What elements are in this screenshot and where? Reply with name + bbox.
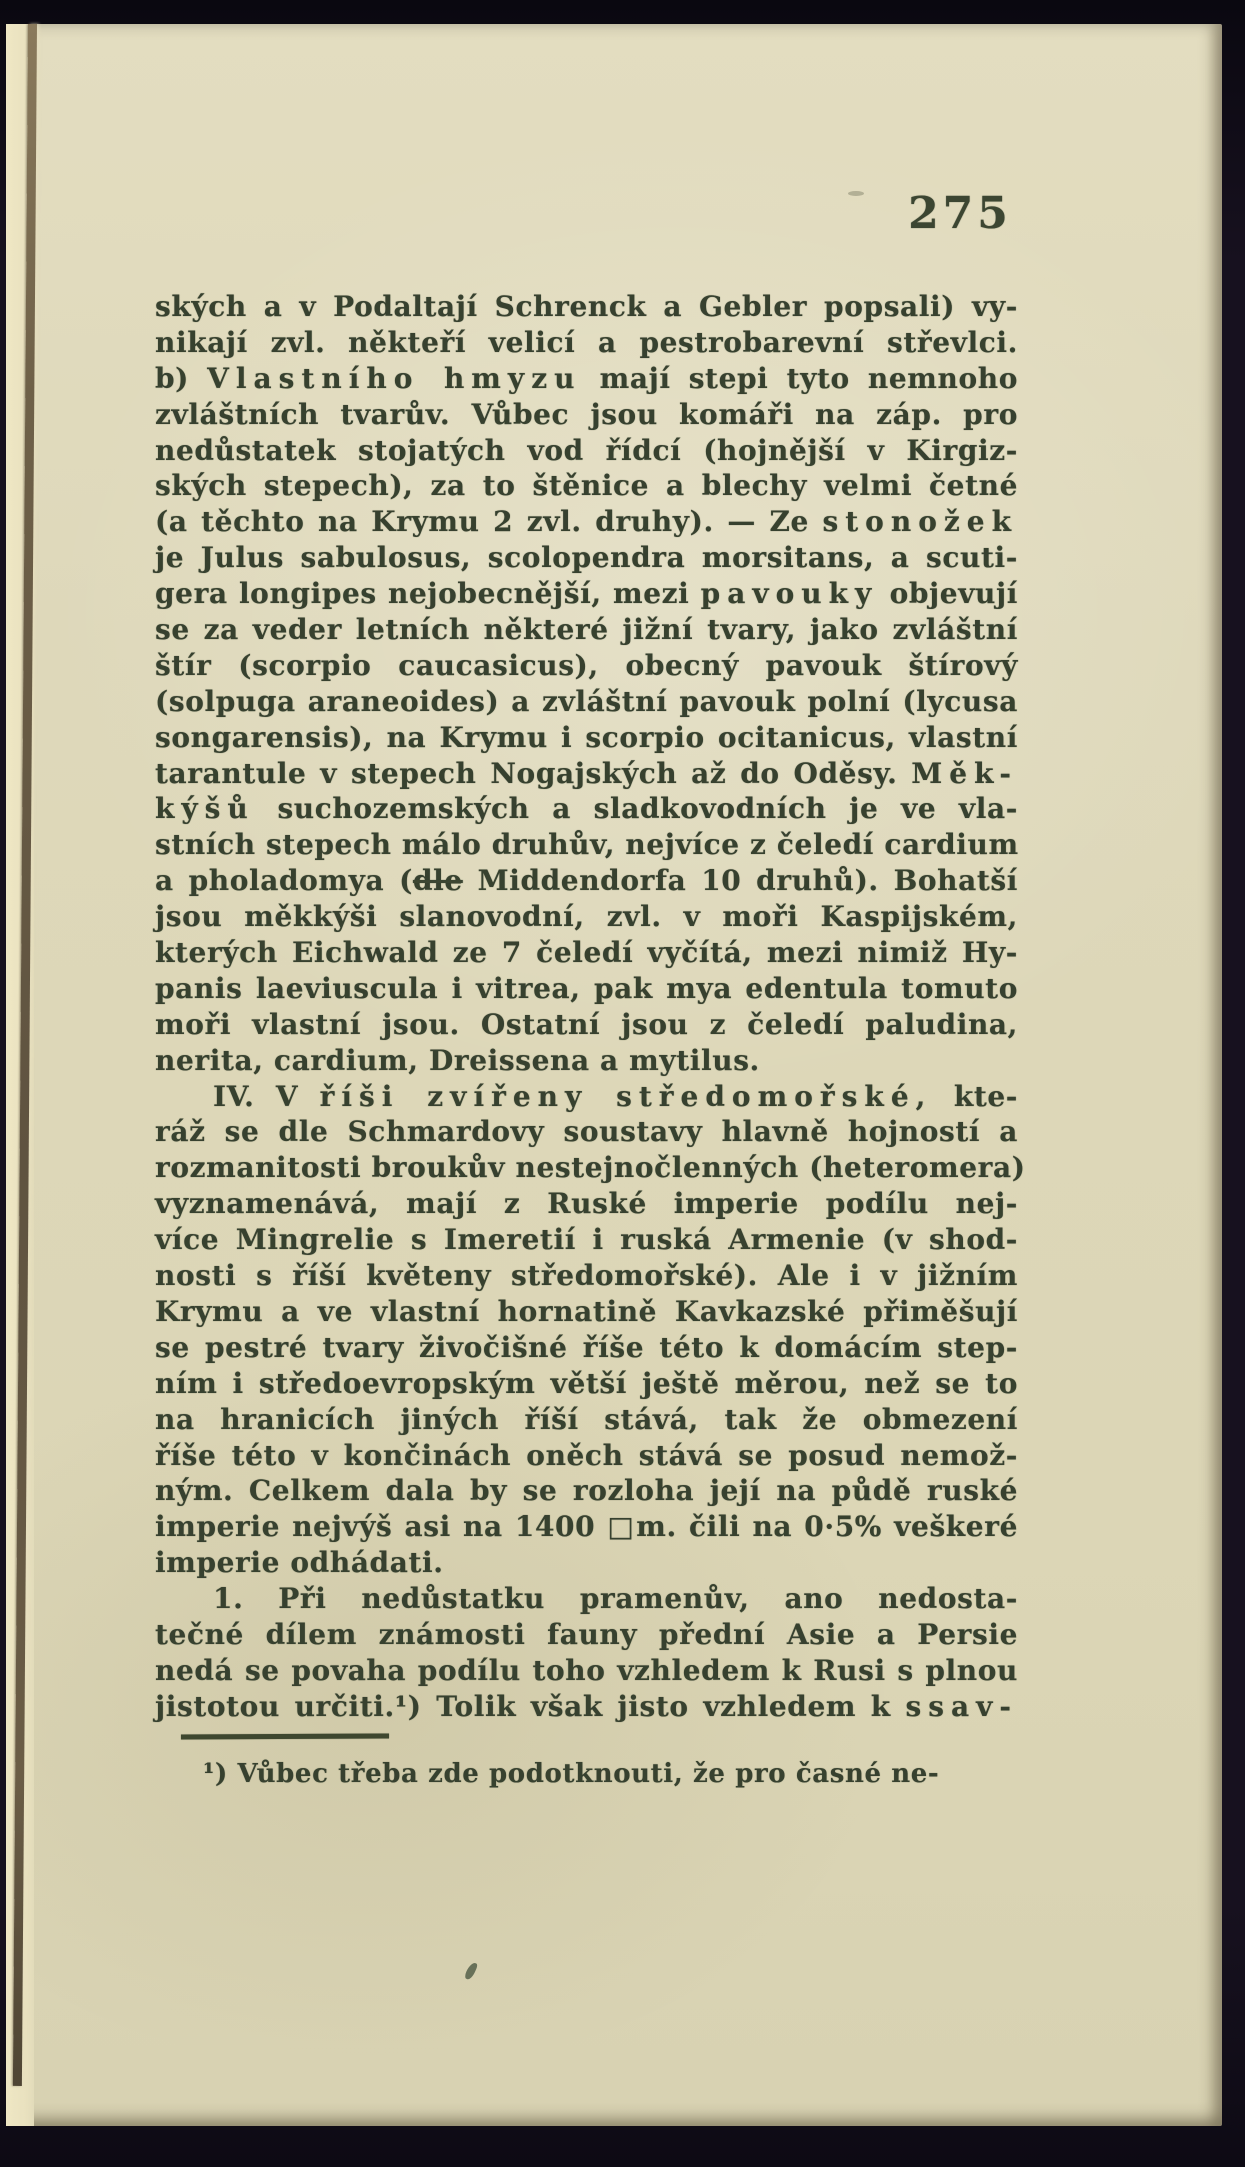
text-segment: panis laeviuscula i vitrea, pak mya eden… <box>155 972 1018 1005</box>
struck-text: dle <box>413 864 463 897</box>
text-line: imperie nejvýš asi na 1400 □m. čili na 0… <box>155 1509 1018 1545</box>
text-line: štír (scorpio caucasicus), obecný pavouk… <box>155 648 1018 684</box>
text-line: stních stepech málo druhův, nejvíce z če… <box>155 827 1018 863</box>
text-segment: mají stepi tyto nemnoho <box>581 362 1018 395</box>
text-segment: ¹) Vůbec třeba zde podotknouti, že pro č… <box>203 1759 939 1789</box>
text-segment: nerita, cardium, Dreissena a mytilus. <box>155 1044 760 1077</box>
text-line: moři vlastní jsou. Ostatní jsou z čeledí… <box>155 1007 1018 1043</box>
text-segment: b) <box>155 362 207 395</box>
text-segment: ských a v Podaltají Schrenck a Gebler po… <box>155 290 1018 323</box>
text-segment: imperie odhádati. <box>155 1546 444 1579</box>
body-text: ských a v Podaltají Schrenck a Gebler po… <box>155 289 1018 1725</box>
text-line: nosti s říší květeny středomořské). Ale … <box>155 1258 1018 1294</box>
text-line: nerita, cardium, Dreissena a mytilus. <box>155 1043 1018 1079</box>
text-segment: se pestré tvary živočišné říše této k do… <box>155 1331 1018 1364</box>
letterspaced-text: stonožek <box>822 505 1018 538</box>
text-segment: nedůstatek stojatých vod řídcí (hojnější… <box>155 434 1018 467</box>
text-line: imperie odhádati. <box>155 1545 1018 1581</box>
letterspaced-text: kýšů <box>155 792 255 825</box>
letterspaced-text: Měk- <box>911 757 1018 790</box>
text-segment: říše této v končinách oněch stává se pos… <box>155 1439 1018 1472</box>
text-segment: Krymu a ve vlastní hornatině Kavkazské p… <box>155 1295 1018 1328</box>
text-segment: suchozemských a sladkovodních je ve vla- <box>255 792 1018 825</box>
text-line: ských stepech), za to štěnice a blechy v… <box>155 468 1018 504</box>
text-segment: na hranicích jiných říší stává, tak že o… <box>155 1403 1018 1436</box>
text-segment: rozmanitosti broukův nestejnočlenných (h… <box>155 1151 1026 1184</box>
text-segment: (solpuga araneoides) a zvláštní pavouk p… <box>155 685 1018 718</box>
text-line: panis laeviuscula i vitrea, pak mya eden… <box>155 971 1018 1007</box>
text-segment: kterých Eichwald ze 7 čeledí vyčítá, mez… <box>155 936 1018 969</box>
text-line: Krymu a ve vlastní hornatině Kavkazské p… <box>155 1294 1018 1330</box>
text-line: rozmanitosti broukův nestejnočlenných (h… <box>155 1150 1018 1186</box>
text-line: vyznamenává, mají z Ruské imperie podílu… <box>155 1186 1018 1222</box>
text-segment: jsou měkkýši slanovodní, zvl. v moři Kas… <box>155 900 1018 933</box>
text-segment: objevují <box>878 577 1018 610</box>
page-number: 275 <box>900 188 1020 239</box>
text-line: tečné dílem známosti fauny přední Asie a… <box>155 1617 1018 1653</box>
footnote-text: ¹) Vůbec třeba zde podotknouti, že pro č… <box>155 1757 1018 1791</box>
letterspaced-text: říši zvířeny středomořské, <box>320 1080 933 1113</box>
text-line: kterých Eichwald ze 7 čeledí vyčítá, mez… <box>155 935 1018 971</box>
text-segment: nikají zvl. někteří velicí a pestrobarev… <box>155 326 1018 359</box>
text-line: gera longipes nejobecnější, mezi pavouky… <box>155 576 1018 612</box>
text-segment: songarensis), na Krymu i scorpio ocitani… <box>155 721 1018 754</box>
text-segment: ním i středoevropským větší ještě měrou,… <box>155 1367 1018 1400</box>
text-segment: moři vlastní jsou. Ostatní jsou z čeledí… <box>155 1008 1018 1041</box>
text-segment: nosti s říší květeny středomořské). Ale … <box>155 1259 1018 1292</box>
text-segment: gera longipes nejobecnější, mezi <box>155 577 701 610</box>
text-line: b) Vlastního hmyzu mají stepi tyto nemno… <box>155 361 1018 397</box>
text-line: jistotou určiti.¹) Tolik však jisto vzhl… <box>155 1689 1018 1725</box>
text-line: na hranicích jiných říší stává, tak že o… <box>155 1402 1018 1438</box>
text-line: se za veder letních některé jižní tvary,… <box>155 612 1018 648</box>
text-line: ným. Celkem dala by se rozloha její na p… <box>155 1473 1018 1509</box>
text-segment: a pholadomya ( <box>155 864 413 897</box>
text-line: (solpuga araneoides) a zvláštní pavouk p… <box>155 684 1018 720</box>
text-line: IV. V říši zvířeny středomořské, kte- <box>155 1079 1018 1115</box>
text-line: 1. Při nedůstatku pramenův, ano nedosta- <box>155 1581 1018 1617</box>
paper-smudge <box>848 191 864 196</box>
letterspaced-text: pavouky <box>701 577 879 610</box>
text-segment: tečné dílem známosti fauny přední Asie a… <box>155 1618 1018 1651</box>
text-segment: IV. V <box>213 1080 320 1113</box>
text-segment: stních stepech málo druhův, nejvíce z če… <box>155 828 1019 861</box>
scanned-book-page: 275 ských a v Podaltají Schrenck a Geble… <box>0 0 1245 2167</box>
text-line: jsou měkkýši slanovodní, zvl. v moři Kas… <box>155 899 1018 935</box>
text-line: ¹) Vůbec třeba zde podotknouti, že pro č… <box>155 1757 1018 1791</box>
text-line: nedůstatek stojatých vod řídcí (hojnější… <box>155 433 1018 469</box>
text-line: tarantule v stepech Nogajských až do Odě… <box>155 756 1018 792</box>
text-segment: (a těchto na Krymu 2 zvl. druhy). — Ze <box>155 505 822 538</box>
text-line: songarensis), na Krymu i scorpio ocitani… <box>155 720 1018 756</box>
text-segment: Middendorfa 10 druhů). Bohatší <box>463 864 1018 897</box>
text-segment: vyznamenává, mají z Ruské imperie podílu… <box>155 1187 1018 1220</box>
text-segment: jistotou určiti.¹) Tolik však jisto vzhl… <box>155 1690 905 1723</box>
text-line: kýšů suchozemských a sladkovodních je ve… <box>155 791 1018 827</box>
text-line: zvláštních tvarův. Vůbec jsou komáři na … <box>155 397 1018 433</box>
text-line: říše této v končinách oněch stává se pos… <box>155 1438 1018 1474</box>
text-segment: je Julus sabulosus, scolopendra morsitan… <box>155 541 1018 574</box>
text-line: (a těchto na Krymu 2 zvl. druhy). — Ze s… <box>155 504 1018 540</box>
text-line: je Julus sabulosus, scolopendra morsitan… <box>155 540 1018 576</box>
text-line: ním i středoevropským větší ještě měrou,… <box>155 1366 1018 1402</box>
text-segment: nedá se povaha podílu toho vzhledem k Ru… <box>155 1654 1018 1687</box>
text-segment: ným. Celkem dala by se rozloha její na p… <box>155 1474 1018 1507</box>
letterspaced-text: ssav- <box>905 1690 1018 1723</box>
text-segment: více Mingrelie s Imeretií i ruská Armeni… <box>155 1223 1018 1256</box>
text-segment: ských stepech), za to štěnice a blechy v… <box>155 469 1018 502</box>
letterspaced-text: Vlastního hmyzu <box>207 362 581 395</box>
text-line: ráž se dle Schmardovy soustavy hlavně ho… <box>155 1114 1018 1150</box>
text-line: a pholadomya (dle Middendorfa 10 druhů).… <box>155 863 1018 899</box>
text-segment: 1. Při nedůstatku pramenův, ano nedosta- <box>213 1582 1018 1615</box>
text-line: se pestré tvary živočišné říše této k do… <box>155 1330 1018 1366</box>
text-line: více Mingrelie s Imeretií i ruská Armeni… <box>155 1222 1018 1258</box>
text-line: ských a v Podaltají Schrenck a Gebler po… <box>155 289 1018 325</box>
text-line: nikají zvl. někteří velicí a pestrobarev… <box>155 325 1018 361</box>
text-line: nedá se povaha podílu toho vzhledem k Ru… <box>155 1653 1018 1689</box>
text-segment: se za veder letních některé jižní tvary,… <box>155 613 1018 646</box>
text-segment: imperie nejvýš asi na 1400 □m. čili na 0… <box>155 1510 1018 1543</box>
text-segment: zvláštních tvarův. Vůbec jsou komáři na … <box>155 398 1018 431</box>
text-segment: kte- <box>932 1080 1018 1113</box>
text-segment: ráž se dle Schmardovy soustavy hlavně ho… <box>155 1115 1018 1148</box>
text-segment: štír (scorpio caucasicus), obecný pavouk… <box>155 649 1018 682</box>
text-segment: tarantule v stepech Nogajských až do Odě… <box>155 757 911 790</box>
